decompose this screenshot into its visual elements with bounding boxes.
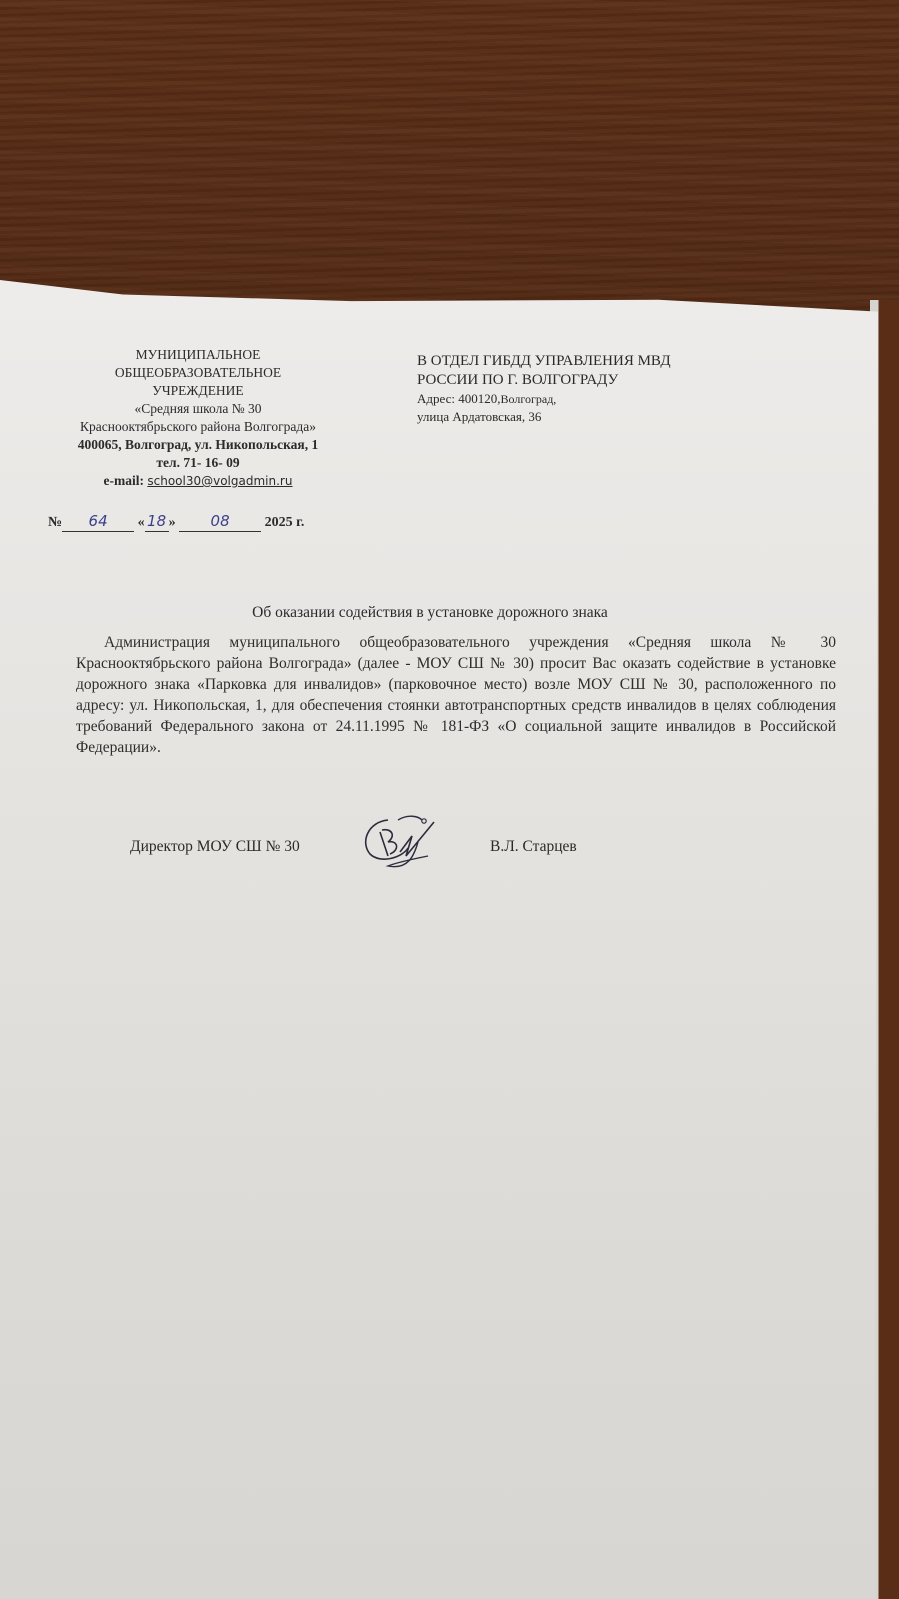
recipient-address-city: Волгоград,: [500, 392, 556, 406]
recipient-line1: В ОТДЕЛ ГИБДД УПРАВЛЕНИЯ МВД: [417, 352, 777, 371]
recipient-street: улица Ардатовская, 36: [417, 408, 777, 425]
number-sign: №: [48, 515, 62, 530]
handwritten-day: 18: [147, 512, 166, 530]
school-address: 400065, Волгоград, ул. Никопольская, 1: [28, 436, 368, 454]
recipient-address-label: Адрес: 400120,: [417, 391, 500, 406]
school-email-row: e-mail: school30@volgadmin.ru: [28, 472, 368, 490]
recipient-line2: РОССИИ ПО Г. ВОЛГОГРАДУ: [417, 371, 777, 390]
day-close-quote: »: [169, 515, 176, 530]
school-name-line2: Краснооктябрьского района Волгограда»: [28, 418, 368, 436]
org-line: ОБЩЕОБРАЗОВАТЕЛЬНОЕ: [28, 364, 368, 382]
org-line: УЧРЕЖДЕНИЕ: [28, 382, 368, 400]
letter-title: Об оказании содействия в установке дорож…: [0, 604, 860, 622]
month-field: 08: [179, 512, 261, 532]
handwritten-month: 08: [211, 512, 230, 530]
signatory-name: В.Л. Старцев: [490, 838, 577, 856]
org-line: МУНИЦИПАЛЬНОЕ: [28, 346, 368, 364]
day-open-quote: «: [138, 515, 145, 530]
signatory-position: Директор МОУ СШ № 30: [130, 838, 300, 856]
recipient-address: Адрес: 400120,Волгоград,: [417, 390, 777, 408]
year-label: 2025 г.: [265, 515, 305, 530]
handwritten-number: 64: [89, 512, 108, 530]
email-label: e-mail:: [104, 473, 148, 488]
sender-letterhead: МУНИЦИПАЛЬНОЕ ОБЩЕОБРАЗОВАТЕЛЬНОЕ УЧРЕЖД…: [28, 346, 368, 490]
outgoing-number-date: №64 «18» 08 2025 г.: [48, 512, 304, 532]
school-phone: тел. 71- 16- 09: [28, 454, 368, 472]
handwritten-signature-icon: [358, 812, 450, 874]
day-field: 18: [145, 512, 169, 532]
school-name-line1: «Средняя школа № 30: [28, 400, 368, 418]
recipient-block: В ОТДЕЛ ГИБДД УПРАВЛЕНИЯ МВД РОССИИ ПО Г…: [417, 352, 777, 425]
email-link[interactable]: school30@volgadmin.ru: [147, 474, 292, 488]
letter-body: Администрация муниципального общеобразов…: [76, 632, 836, 758]
number-field: 64: [62, 512, 134, 532]
